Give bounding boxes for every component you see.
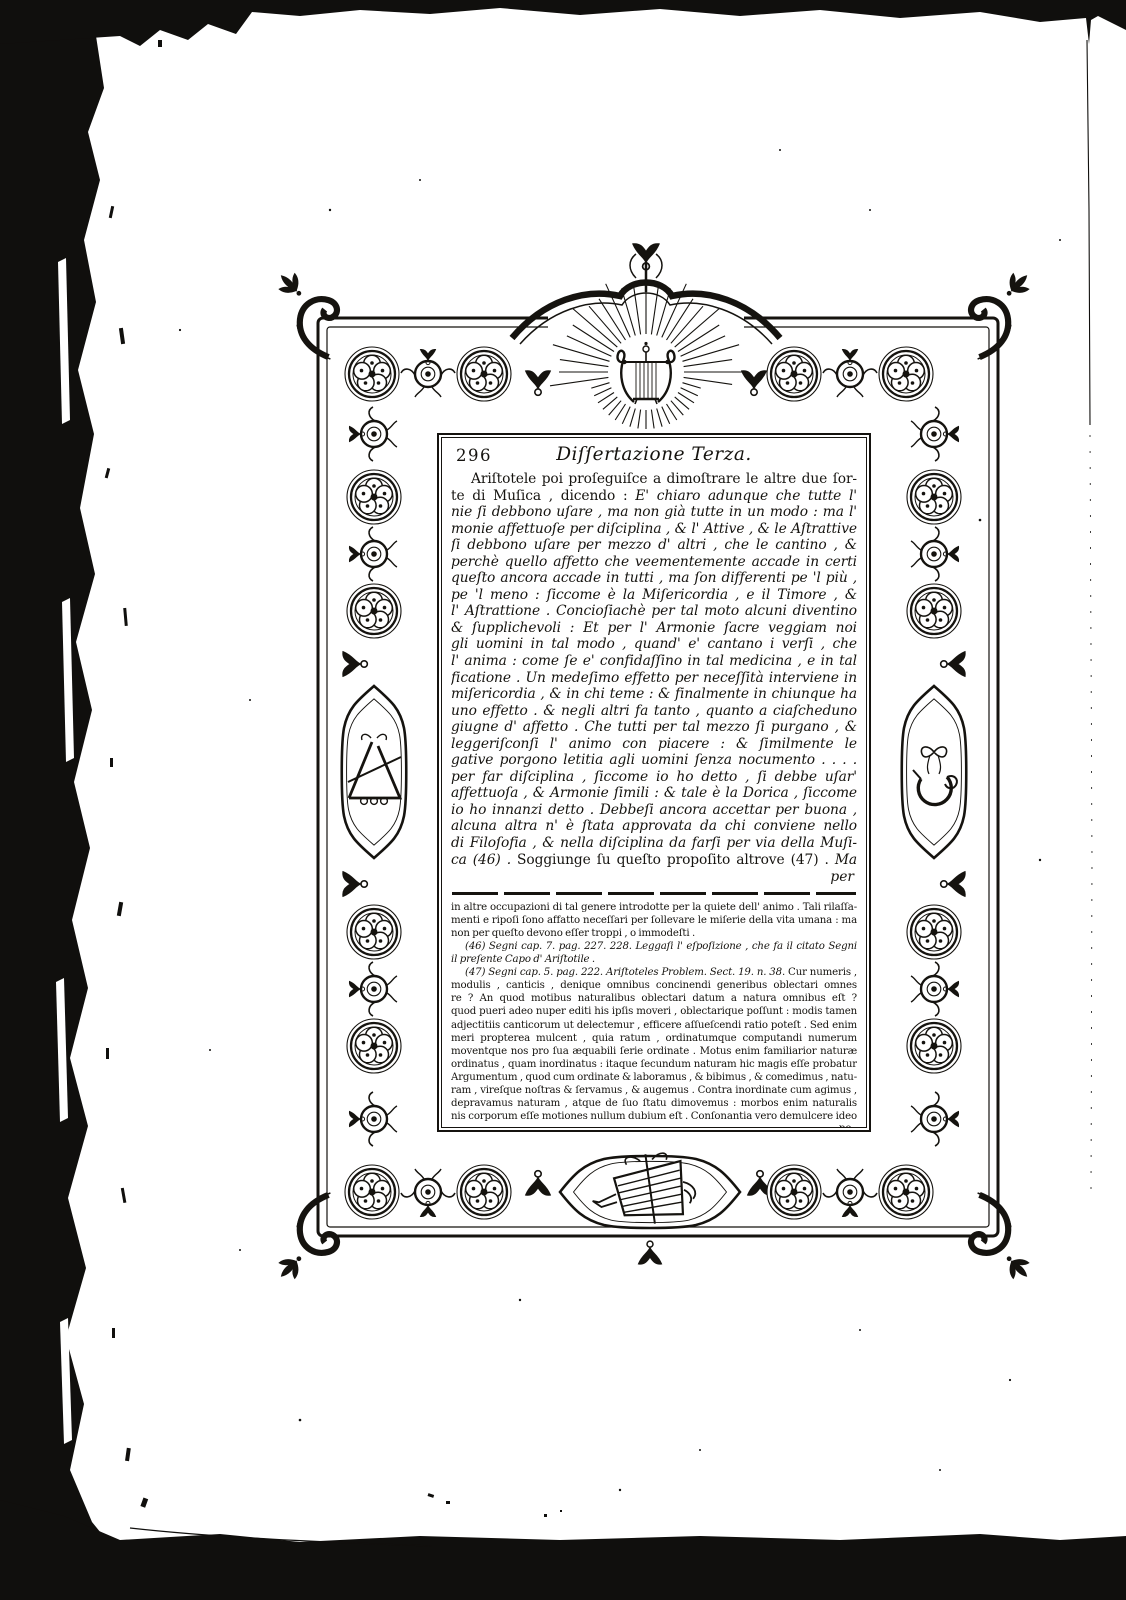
tulip-bud — [941, 872, 965, 896]
tulip-bud — [742, 371, 766, 395]
rosette-medallion — [345, 1165, 399, 1219]
tulip-bud — [526, 371, 550, 395]
rosette-medallion — [345, 347, 399, 401]
right-crease-line — [1087, 40, 1090, 425]
rosette-medallion — [907, 584, 961, 638]
lyre-icon — [618, 339, 675, 405]
eye-link — [349, 1092, 397, 1146]
body-catchword: per — [451, 869, 854, 885]
tulip-bud — [343, 652, 367, 676]
tulip-bud — [941, 652, 965, 676]
eye-link — [911, 1092, 959, 1146]
rosette-medallion — [347, 905, 401, 959]
footnotes: in altre occupazioni di tal genere intro… — [451, 901, 857, 1124]
tulip-bud — [343, 872, 367, 896]
eye-link — [911, 527, 959, 581]
rosette-medallion — [457, 1165, 511, 1219]
page-number: 296 — [456, 446, 492, 465]
text-panel-inner: 296 Diſſertazione Terza. Ariſtotele poi … — [441, 437, 867, 1128]
corner-scroll-top-right — [971, 267, 1036, 359]
page-header: 296 Diſſertazione Terza. — [451, 442, 857, 469]
eye-link — [823, 1169, 877, 1217]
bottom-scan-band — [0, 1500, 1126, 1600]
eye-link — [349, 407, 397, 461]
eye-link — [911, 962, 959, 1016]
horn-cartouche — [902, 686, 967, 858]
footnote-catchword: po- — [451, 1123, 855, 1128]
right-crease-faint — [1090, 435, 1092, 1190]
eye-link — [401, 1169, 455, 1217]
rosette-medallion — [907, 905, 961, 959]
tulip-bud — [526, 1171, 550, 1195]
rosette-medallion — [347, 470, 401, 524]
triangle-cartouche — [342, 686, 407, 858]
left-torn-edge — [0, 0, 164, 1600]
left-edge-debris — [105, 40, 162, 1508]
eye-link — [401, 349, 455, 397]
rosette-medallion — [767, 347, 821, 401]
top-scan-strip — [0, 0, 1126, 46]
rosette-medallion — [907, 470, 961, 524]
rosette-medallion — [879, 347, 933, 401]
rosette-medallion — [347, 584, 401, 638]
text-panel: 296 Diſſertazione Terza. Ariſtotele poi … — [437, 433, 871, 1132]
rosette-medallion — [347, 1019, 401, 1073]
rosette-medallion — [907, 1019, 961, 1073]
panpipes-cartouche — [560, 1149, 740, 1231]
footnote-rule — [452, 892, 856, 895]
rosette-medallion — [879, 1165, 933, 1219]
eye-link — [911, 407, 959, 461]
pendant-tulip — [639, 1241, 662, 1264]
eye-link — [823, 349, 877, 397]
scanned-book-page: { "document": { "kind": "scanned book pa… — [0, 0, 1126, 1600]
eye-link — [349, 527, 397, 581]
running-title: Diſſertazione Terza. — [451, 442, 857, 465]
corner-scroll-bottom-right — [971, 1193, 1036, 1285]
body-text: Ariſtotele poi proſeguiſce a dimoſtrare … — [451, 471, 857, 868]
rosette-medallion — [457, 347, 511, 401]
rosette-medallion — [767, 1165, 821, 1219]
bottom-ink-marks — [428, 1493, 562, 1517]
eye-link — [349, 962, 397, 1016]
